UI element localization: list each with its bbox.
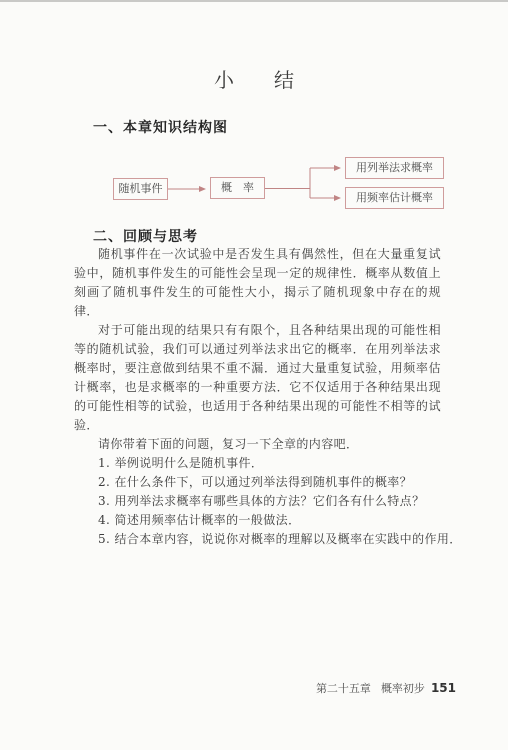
paragraph-randomness: 随机事件在一次试验中是否发生具有偶然性，但在大量重复试验中，随机事件发生的可能性…	[74, 245, 441, 321]
diagram-node-enumeration-method: 用列举法求概率	[345, 157, 444, 179]
section2-heading: 二、回顾与思考	[93, 226, 198, 246]
paragraph-methods: 对于可能出现的结果只有有限个，且各种结果出现的可能性相等的随机试验，我们可以通过…	[74, 321, 441, 435]
diagram-node-random-event: 随机事件	[113, 178, 168, 200]
footer-page-number: 151	[431, 681, 456, 695]
question-item-2: 2. 在什么条件下，可以通过列举法得到随机事件的概率？	[74, 473, 441, 492]
knowledge-structure-diagram: 随机事件 概 率 用列举法求概率 用频率估计概率	[0, 152, 508, 222]
page-title: 小 结	[0, 64, 508, 93]
question-item-1: 1. 举例说明什么是随机事件．	[74, 454, 441, 473]
question-item-3: 3. 用列举法求概率有哪些具体的方法？它们各有什么特点？	[74, 492, 441, 511]
paragraph-review-prompt: 请你带着下面的问题，复习一下全章的内容吧．	[74, 435, 441, 454]
section1-heading: 一、本章知识结构图	[93, 117, 228, 137]
question-item-5: 5. 结合本章内容，说说你对概率的理解以及概率在实践中的作用．	[74, 530, 441, 549]
page-footer: 第二十五章概率初步151	[316, 680, 456, 696]
footer-section-label: 概率初步	[381, 682, 425, 695]
diagram-node-probability: 概 率	[210, 177, 265, 199]
footer-chapter-label: 第二十五章	[316, 682, 371, 695]
diagram-node-frequency-estimate: 用频率估计概率	[345, 187, 444, 209]
question-item-4: 4. 简述用频率估计概率的一般做法．	[74, 511, 441, 530]
textbook-page: 小 结 一、本章知识结构图 随机事件 概 率 用列举法求概率 用频率估计概率 二…	[0, 0, 508, 750]
review-text-block: 随机事件在一次试验中是否发生具有偶然性，但在大量重复试验中，随机事件发生的可能性…	[74, 245, 441, 549]
